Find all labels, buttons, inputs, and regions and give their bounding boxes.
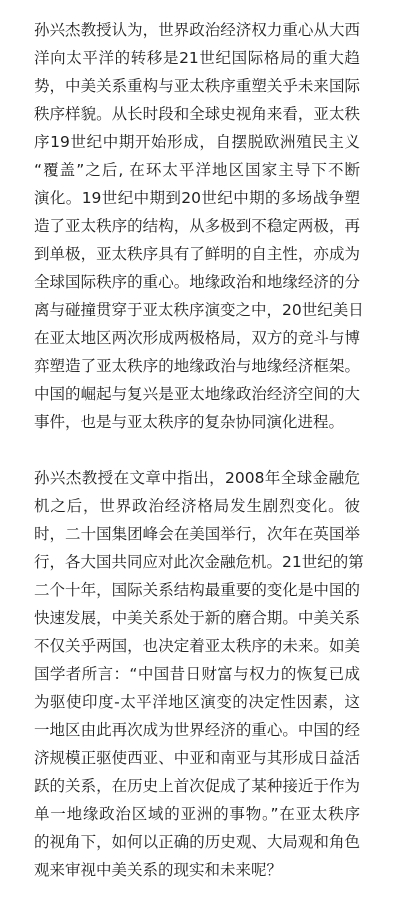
- text-line: 观来审视中美关系的现实和未来呢？: [34, 856, 360, 884]
- text-line: 孙兴杰教授认为，世界政治经济权力重心从大西: [34, 16, 360, 44]
- text-line: “覆盖”之后, 在环太平洋地区国家主导下不断: [34, 156, 360, 184]
- text-line: 在亚太地区两次形成两极格局，双方的竞斗与博: [34, 324, 360, 352]
- text-line: 国学者所言：“中国昔日财富与权力的恢复已成: [34, 660, 360, 688]
- text-line: 机之后，世界政治经济格局发生剧烈变化。彼: [34, 492, 360, 520]
- text-line: 弈塑造了亚太秩序的地缘政治与地缘经济框架。: [34, 352, 360, 380]
- text-line: 行，各大国共同应对此次金融危机。21世纪的第: [34, 548, 360, 576]
- text-line: 离与碰撞贯穿于亚太秩序演变之中，20世纪美日: [34, 296, 360, 324]
- text-line: 造了亚太秩序的结构，从多极到不稳定两极，再: [34, 212, 360, 240]
- text-line: 时，二十国集团峰会在美国举行，次年在英国举: [34, 520, 360, 548]
- text-line: 的视角下，如何以正确的历史观、大局观和角色: [34, 828, 360, 856]
- text-line: 二个十年，国际关系结构最重要的变化是中国的: [34, 576, 360, 604]
- text-line: 中国的崛起与复兴是亚太地缘政治经济空间的大: [34, 380, 360, 408]
- text-line: 事件，也是与亚太秩序的复杂协同演化进程。: [34, 408, 360, 436]
- text-line: 全球国际秩序的重心。地缘政治和地缘经济的分: [34, 268, 360, 296]
- article-page: 孙兴杰教授认为，世界政治经济权力重心从大西洋向太平洋的转移是21世纪国际格局的重…: [0, 0, 393, 900]
- text-line: 单一地缘政治区域的亚洲的事物。”在亚太秩序: [34, 800, 360, 828]
- text-line: 势，中美关系重构与亚太秩序重塑关乎未来国际: [34, 72, 360, 100]
- article-body: 孙兴杰教授认为，世界政治经济权力重心从大西洋向太平洋的转移是21世纪国际格局的重…: [34, 16, 360, 884]
- text-line: 秩序样貌。从长时段和全球史视角来看，亚太秩: [34, 100, 360, 128]
- text-line: 济规模正驱使西亚、中亚和南亚与其形成日益活: [34, 744, 360, 772]
- paragraph-2: 孙兴杰教授在文章中指出，2008年全球金融危机之后，世界政治经济格局发生剧烈变化…: [34, 464, 360, 884]
- paragraph-1: 孙兴杰教授认为，世界政治经济权力重心从大西洋向太平洋的转移是21世纪国际格局的重…: [34, 16, 360, 436]
- text-line: 快速发展，中美关系处于新的磨合期。中美关系: [34, 604, 360, 632]
- text-line: 为驱使印度-太平洋地区演变的决定性因素，这: [34, 688, 360, 716]
- text-line: 序19世纪中期开始形成，自摆脱欧洲殖民主义: [34, 128, 360, 156]
- text-line: 一地区由此再次成为世界经济的重心。中国的经: [34, 716, 360, 744]
- text-line: 洋向太平洋的转移是21世纪国际格局的重大趋: [34, 44, 360, 72]
- text-line: 演化。19世纪中期到20世纪中期的多场战争塑: [34, 184, 360, 212]
- text-line: 跃的关系，在历史上首次促成了某种接近于作为: [34, 772, 360, 800]
- text-line: 到单极，亚太秩序具有了鲜明的自主性，亦成为: [34, 240, 360, 268]
- text-line: 孙兴杰教授在文章中指出，2008年全球金融危: [34, 464, 360, 492]
- text-line: 不仅关乎两国，也决定着亚太秩序的未来。如美: [34, 632, 360, 660]
